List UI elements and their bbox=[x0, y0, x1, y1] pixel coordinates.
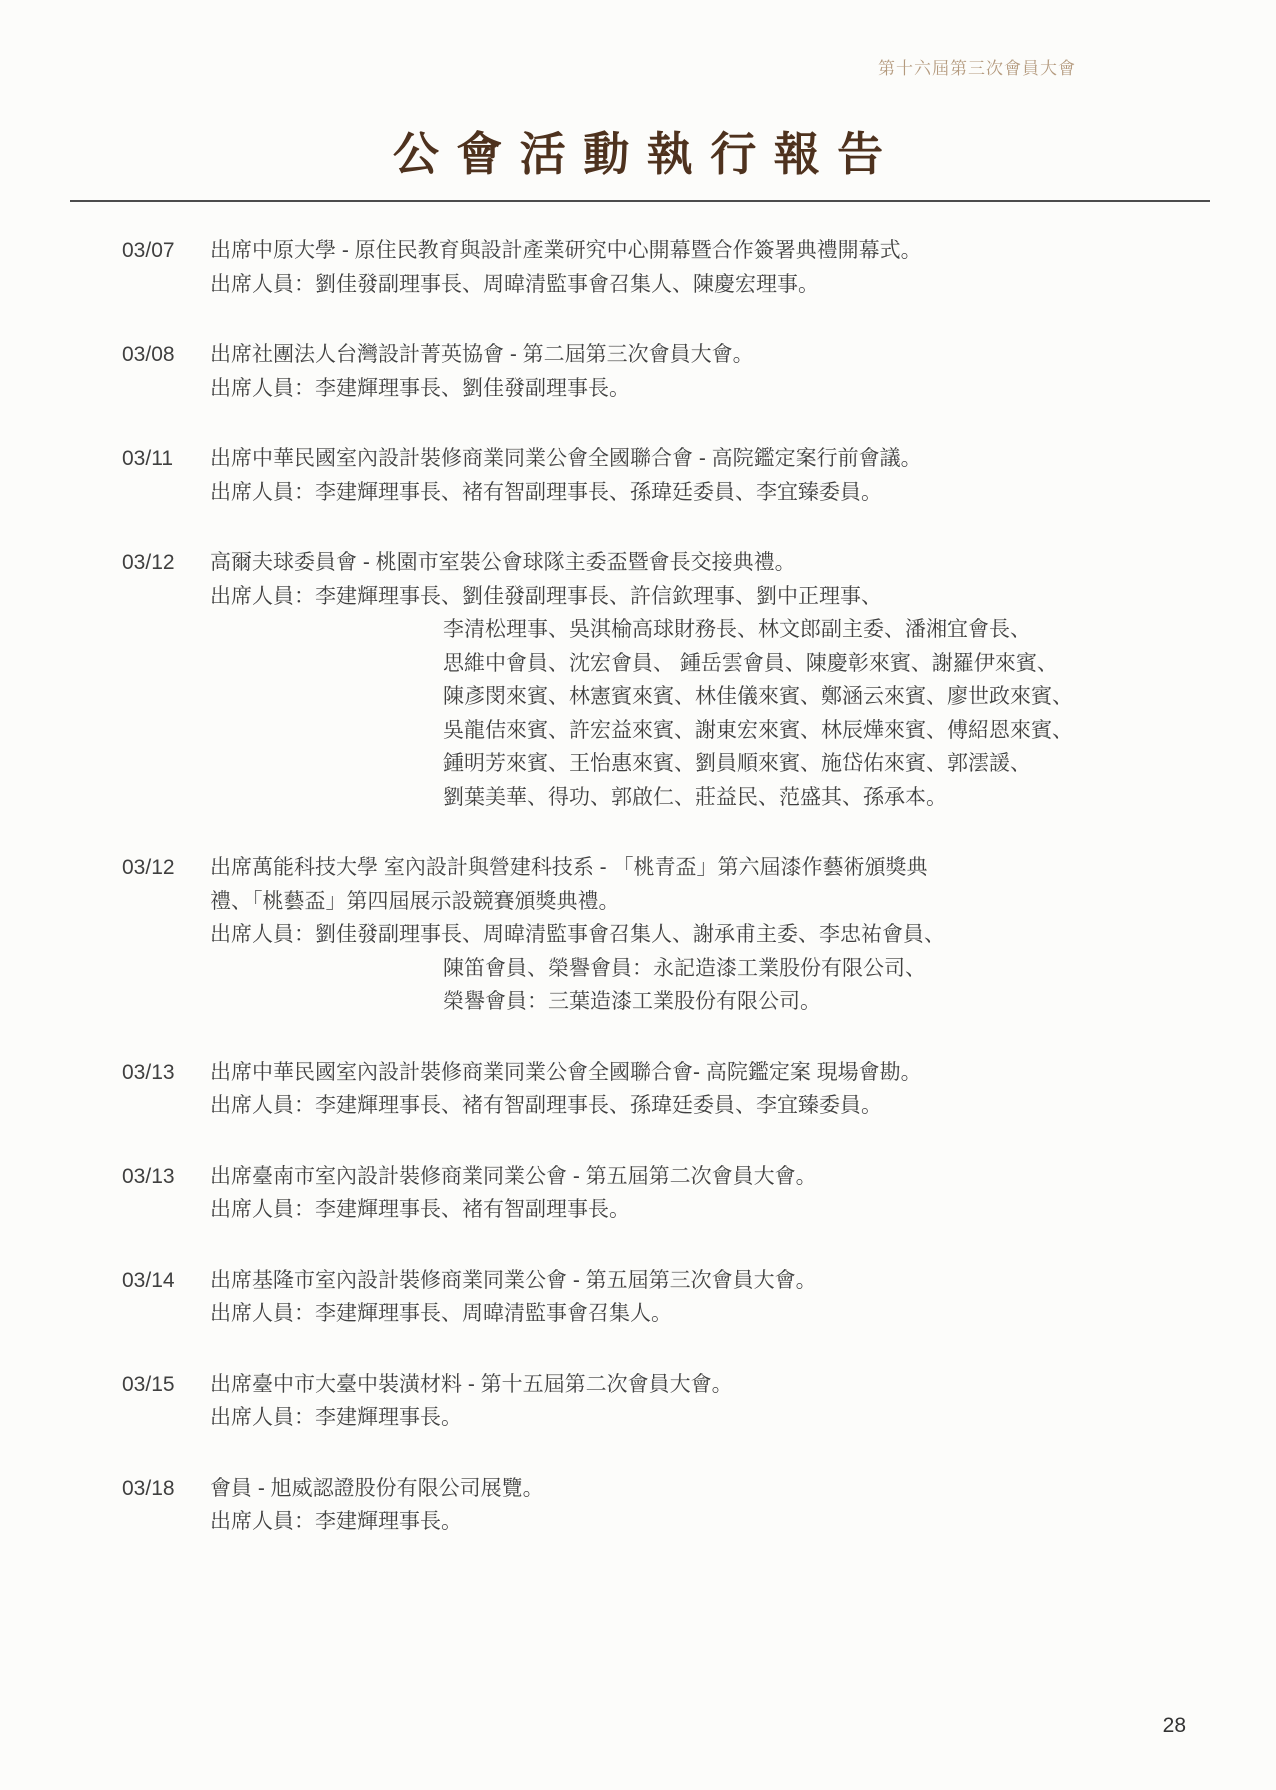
entry-body: 出席社團法人台灣設計菁英協會 - 第二屆第三次會員大會。出席人員：李建輝理事長、… bbox=[210, 338, 1226, 405]
entry-line: 李清松理事、吳淇榆高球財務長、林文郎副主委、潘湘宜會長、 bbox=[443, 613, 1226, 647]
report-entry: 03/12高爾夫球委員會 - 桃園市室裝公會球隊主委盃暨會長交接典禮。出席人員：… bbox=[122, 546, 1226, 814]
entry-date: 03/13 bbox=[122, 1160, 210, 1194]
report-page: 第十六屆第三次會員大會 公會活動執行報告 03/07出席中原大學 - 原住民教育… bbox=[0, 0, 1276, 1790]
entry-line: 高爾夫球委員會 - 桃園市室裝公會球隊主委盃暨會長交接典禮。 bbox=[210, 546, 1226, 580]
activity-entry-list: 03/07出席中原大學 - 原住民教育與設計產業研究中心開幕暨合作簽署典禮開幕式… bbox=[0, 234, 1276, 1539]
report-entry: 03/11出席中華民國室內設計裝修商業同業公會全國聯合會 - 高院鑑定案行前會議… bbox=[122, 442, 1226, 509]
entry-date: 03/18 bbox=[122, 1472, 210, 1506]
entry-date: 03/15 bbox=[122, 1368, 210, 1402]
entry-line: 出席人員：李建輝理事長。 bbox=[210, 1505, 1226, 1539]
report-entry: 03/13出席臺南市室內設計裝修商業同業公會 - 第五屆第二次會員大會。出席人員… bbox=[122, 1160, 1226, 1227]
report-entry: 03/12出席萬能科技大學 室內設計與營建科技系 - 「桃青盃」第六屆漆作藝術頒… bbox=[122, 851, 1226, 1019]
entry-date: 03/11 bbox=[122, 442, 210, 476]
entry-line: 出席人員：劉佳發副理事長、周暐清監事會召集人、謝承甫主委、李忠祐會員、 bbox=[210, 918, 1226, 952]
entry-line: 吳龍佶來賓、許宏益來賓、謝東宏來賓、林辰燁來賓、傅紹恩來賓、 bbox=[443, 714, 1226, 748]
report-entry: 03/14出席基隆市室內設計裝修商業同業公會 - 第五屆第三次會員大會。出席人員… bbox=[122, 1264, 1226, 1331]
entry-line: 出席人員：李建輝理事長、周暐清監事會召集人。 bbox=[210, 1297, 1226, 1331]
entry-date: 03/08 bbox=[122, 338, 210, 372]
entry-line: 出席社團法人台灣設計菁英協會 - 第二屆第三次會員大會。 bbox=[210, 338, 1226, 372]
entry-body: 出席中原大學 - 原住民教育與設計產業研究中心開幕暨合作簽署典禮開幕式。出席人員… bbox=[210, 234, 1226, 301]
entry-line: 出席人員：劉佳發副理事長、周暐清監事會召集人、陳慶宏理事。 bbox=[210, 268, 1226, 302]
entry-line: 會員 - 旭威認證股份有限公司展覽。 bbox=[210, 1472, 1226, 1506]
entry-line: 劉葉美華、得功、郭啟仁、莊益民、范盛其、孫承本。 bbox=[443, 781, 1226, 815]
entry-line: 鍾明芳來賓、王怡惠來賓、劉員順來賓、施岱佑來賓、郭澐諼、 bbox=[443, 747, 1226, 781]
entry-date: 03/12 bbox=[122, 546, 210, 580]
page-title: 公會活動執行報告 bbox=[70, 118, 1206, 184]
entry-date: 03/14 bbox=[122, 1264, 210, 1298]
report-entry: 03/13出席中華民國室內設計裝修商業同業公會全國聯合會- 高院鑑定案 現場會勘… bbox=[122, 1056, 1226, 1123]
report-entry: 03/07出席中原大學 - 原住民教育與設計產業研究中心開幕暨合作簽署典禮開幕式… bbox=[122, 234, 1226, 301]
report-entry: 03/18會員 - 旭威認證股份有限公司展覽。出席人員：李建輝理事長。 bbox=[122, 1472, 1226, 1539]
entry-body: 出席臺南市室內設計裝修商業同業公會 - 第五屆第二次會員大會。出席人員：李建輝理… bbox=[210, 1160, 1226, 1227]
entry-date: 03/13 bbox=[122, 1056, 210, 1090]
entry-body: 會員 - 旭威認證股份有限公司展覽。出席人員：李建輝理事長。 bbox=[210, 1472, 1226, 1539]
entry-line: 出席中原大學 - 原住民教育與設計產業研究中心開幕暨合作簽署典禮開幕式。 bbox=[210, 234, 1226, 268]
entry-date: 03/12 bbox=[122, 851, 210, 885]
entry-body: 出席中華民國室內設計裝修商業同業公會全國聯合會- 高院鑑定案 現場會勘。出席人員… bbox=[210, 1056, 1226, 1123]
entry-line: 陳彥閔來賓、林憲賓來賓、林佳儀來賓、鄭涵云來賓、廖世政來賓、 bbox=[443, 680, 1226, 714]
meeting-session-label: 第十六屆第三次會員大會 bbox=[878, 54, 1076, 79]
entry-body: 高爾夫球委員會 - 桃園市室裝公會球隊主委盃暨會長交接典禮。出席人員：李建輝理事… bbox=[210, 546, 1226, 814]
entry-line: 出席臺南市室內設計裝修商業同業公會 - 第五屆第二次會員大會。 bbox=[210, 1160, 1226, 1194]
report-entry: 03/08出席社團法人台灣設計菁英協會 - 第二屆第三次會員大會。出席人員：李建… bbox=[122, 338, 1226, 405]
entry-body: 出席中華民國室內設計裝修商業同業公會全國聯合會 - 高院鑑定案行前會議。出席人員… bbox=[210, 442, 1226, 509]
entry-date: 03/07 bbox=[122, 234, 210, 268]
entry-line: 出席萬能科技大學 室內設計與營建科技系 - 「桃青盃」第六屆漆作藝術頒獎典 bbox=[210, 851, 1226, 885]
page-number: 28 bbox=[1163, 1714, 1186, 1738]
entry-line: 禮、「桃藝盃」第四屆展示設競賽頒獎典禮。 bbox=[210, 885, 1226, 919]
entry-line: 出席基隆市室內設計裝修商業同業公會 - 第五屆第三次會員大會。 bbox=[210, 1264, 1226, 1298]
entry-line: 出席人員：李建輝理事長、劉佳發副理事長。 bbox=[210, 372, 1226, 406]
entry-line: 思維中會員、沈宏會員、 鍾岳雲會員、陳慶彰來賓、謝羅伊來賓、 bbox=[443, 647, 1226, 681]
entry-line: 出席人員：李建輝理事長、褚有智副理事長、孫瑋廷委員、李宜臻委員。 bbox=[210, 1089, 1226, 1123]
entry-line: 榮譽會員：三葉造漆工業股份有限公司。 bbox=[443, 985, 1226, 1019]
entry-line: 出席臺中市大臺中裝潢材料 - 第十五屆第二次會員大會。 bbox=[210, 1368, 1226, 1402]
entry-line: 出席中華民國室內設計裝修商業同業公會全國聯合會- 高院鑑定案 現場會勘。 bbox=[210, 1056, 1226, 1090]
entry-line: 出席人員：李建輝理事長、劉佳發副理事長、許信欽理事、劉中正理事、 bbox=[210, 580, 1226, 614]
report-entry: 03/15出席臺中市大臺中裝潢材料 - 第十五屆第二次會員大會。出席人員：李建輝… bbox=[122, 1368, 1226, 1435]
entry-line: 出席人員：李建輝理事長。 bbox=[210, 1401, 1226, 1435]
entry-line: 陳笛會員、榮譽會員：永記造漆工業股份有限公司、 bbox=[443, 952, 1226, 986]
entry-line: 出席中華民國室內設計裝修商業同業公會全國聯合會 - 高院鑑定案行前會議。 bbox=[210, 442, 1226, 476]
entry-line: 出席人員：李建輝理事長、褚有智副理事長。 bbox=[210, 1193, 1226, 1227]
entry-body: 出席萬能科技大學 室內設計與營建科技系 - 「桃青盃」第六屆漆作藝術頒獎典禮、「… bbox=[210, 851, 1226, 1019]
entry-body: 出席臺中市大臺中裝潢材料 - 第十五屆第二次會員大會。出席人員：李建輝理事長。 bbox=[210, 1368, 1226, 1435]
title-divider bbox=[70, 200, 1210, 202]
entry-body: 出席基隆市室內設計裝修商業同業公會 - 第五屆第三次會員大會。出席人員：李建輝理… bbox=[210, 1264, 1226, 1331]
entry-line: 出席人員：李建輝理事長、褚有智副理事長、孫瑋廷委員、李宜臻委員。 bbox=[210, 476, 1226, 510]
